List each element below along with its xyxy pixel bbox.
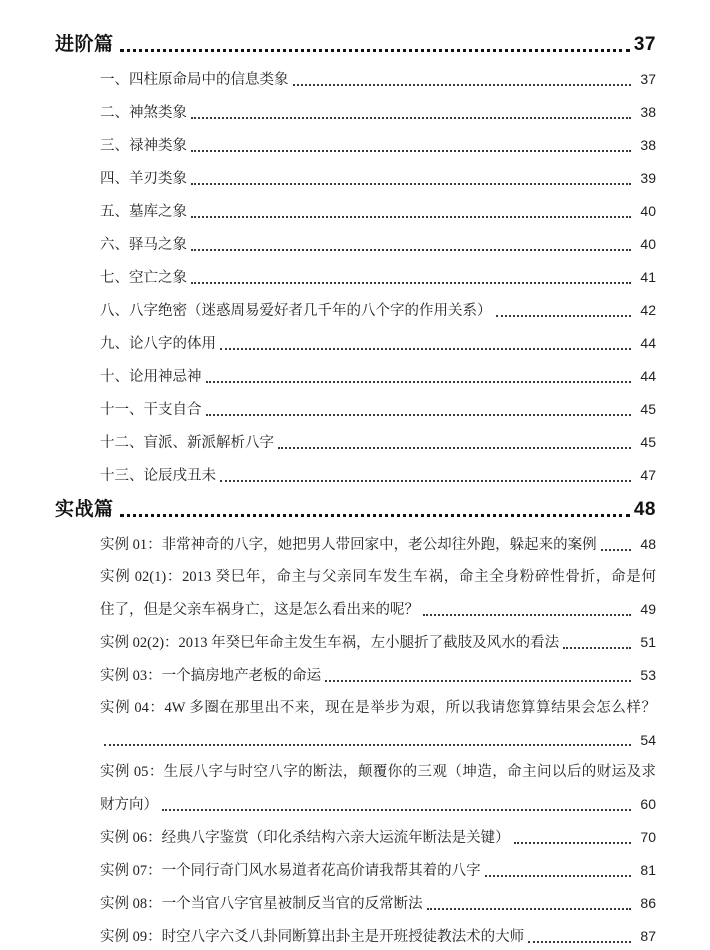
dot-leader	[120, 498, 630, 517]
page-number: 44	[634, 366, 656, 386]
dot-leader	[427, 893, 631, 910]
toc-entry[interactable]: 财方向）60	[100, 794, 656, 815]
toc-entry[interactable]: 实例 04：4W 多圈在那里出不来，现在是举步为艰，所以我请您算算结果会怎么样？	[100, 698, 656, 718]
toc-entry-text: 四、羊刃类象	[100, 169, 187, 189]
page-number: 37	[634, 69, 656, 89]
page-number: 37	[634, 33, 656, 57]
dot-leader	[120, 33, 630, 52]
toc-entry-text: 实例 02(1)：2013 癸巳年，命主与父亲同车发生车祸，命主全身粉碎性骨折，…	[100, 567, 656, 587]
toc-entry-text: 实例 05：生辰八字与时空八字的断法，颠覆你的三观（坤造，命主问以后的财运及求	[100, 762, 656, 782]
toc-entry[interactable]: 八、八字绝密（迷惑周易爱好者几千年的八个字的作用关系）42	[100, 300, 656, 321]
toc-entry-text: 实例 04：4W 多圈在那里出不来，现在是举步为艰，所以我请您算算结果会怎么样？	[100, 698, 656, 718]
dot-leader	[278, 432, 631, 449]
page-number: 47	[634, 465, 656, 485]
page-number: 44	[634, 333, 656, 353]
toc-entry[interactable]: 实例 06：经典八字鉴赏（印化杀结构六亲大运流年断法是关键）70	[100, 827, 656, 848]
toc-entry[interactable]: 实例 05：生辰八字与时空八字的断法，颠覆你的三观（坤造，命主问以后的财运及求	[100, 762, 656, 782]
toc-entry[interactable]: 九、论八字的体用44	[100, 333, 656, 354]
toc-entry-text: 十、论用神忌神	[100, 367, 202, 387]
toc-entry-text: 住了，但是父亲车祸身亡，这是怎么看出来的呢？	[100, 600, 419, 620]
dot-leader	[191, 168, 631, 185]
page-number: 60	[634, 794, 656, 814]
toc-entry[interactable]: 十三、论辰戌丑未47	[100, 465, 656, 486]
page-number: 42	[634, 300, 656, 320]
toc-entry[interactable]: 五、墓库之象40	[100, 201, 656, 222]
dot-leader	[191, 201, 631, 218]
toc-entry-text: 三、禄神类象	[100, 136, 187, 156]
dot-leader	[206, 366, 632, 383]
page-number: 51	[634, 632, 656, 652]
dot-leader	[601, 534, 631, 551]
page-number: 86	[634, 893, 656, 913]
page-number: 38	[634, 102, 656, 122]
toc-heading-text: 实战篇	[55, 498, 114, 522]
toc-entry-text: 财方向）	[100, 795, 158, 815]
page-number: 40	[634, 234, 656, 254]
toc-entry[interactable]: 实例 02(1)：2013 癸巳年，命主与父亲同车发生车祸，命主全身粉碎性骨折，…	[100, 567, 656, 587]
toc-entry-text: 实例 08：一个当官八字官星被制反当官的反常断法	[100, 894, 423, 914]
toc-entry[interactable]: 七、空亡之象41	[100, 267, 656, 288]
dot-leader	[220, 333, 631, 350]
page-number: 87	[634, 926, 656, 946]
dot-leader	[104, 730, 631, 746]
dot-leader	[293, 69, 632, 86]
toc-heading[interactable]: 进阶篇37	[55, 33, 656, 57]
dot-leader	[206, 399, 632, 416]
toc-entry-text: 十一、干支自合	[100, 400, 202, 420]
toc-entry[interactable]: 实例 08：一个当官八字官星被制反当官的反常断法86	[100, 893, 656, 914]
toc-entry-text: 实例 06：经典八字鉴赏（印化杀结构六亲大运流年断法是关键）	[100, 828, 510, 848]
dot-leader	[563, 632, 631, 649]
toc-entry[interactable]: 十、论用神忌神44	[100, 366, 656, 387]
dot-leader	[220, 465, 631, 482]
toc-entry-text: 实例 07：一个同行奇门风水易道者花高价请我帮其着的八字	[100, 861, 481, 881]
page-number: 45	[634, 432, 656, 452]
toc-entry-text: 实例 02(2)：2013 年癸巳年命主发生车祸，左小腿折了截肢及风水的看法	[100, 633, 559, 653]
dot-leader	[514, 827, 631, 844]
toc-entry[interactable]: 四、羊刃类象39	[100, 168, 656, 189]
toc-entry-text: 二、神煞类象	[100, 103, 187, 123]
toc-entry[interactable]: 十二、盲派、新派解析八字45	[100, 432, 656, 453]
toc-entry[interactable]: 二、神煞类象38	[100, 102, 656, 123]
dot-leader	[528, 926, 631, 943]
toc-entry-text: 一、四柱原命局中的信息类象	[100, 70, 289, 90]
page-number: 41	[634, 267, 656, 287]
toc-entry[interactable]: 实例 03：一个搞房地产老板的命运53	[100, 665, 656, 686]
toc-entry[interactable]: 实例 07：一个同行奇门风水易道者花高价请我帮其着的八字81	[100, 860, 656, 881]
toc-heading[interactable]: 实战篇48	[55, 498, 656, 522]
toc-heading-text: 进阶篇	[55, 33, 114, 57]
dot-leader	[191, 135, 631, 152]
dot-leader	[191, 102, 631, 119]
toc-entry-text: 七、空亡之象	[100, 268, 187, 288]
document-page: 进阶篇37一、四柱原命局中的信息类象37二、神煞类象38三、禄神类象38四、羊刃…	[0, 0, 710, 950]
page-number: 39	[634, 168, 656, 188]
toc-entry-text: 九、论八字的体用	[100, 334, 216, 354]
toc-entry-text: 实例 09：时空八字六爻八卦同断算出卦主是开班授徒教法术的大师	[100, 927, 524, 947]
toc-entry[interactable]: 一、四柱原命局中的信息类象37	[100, 69, 656, 90]
dot-leader	[496, 300, 632, 317]
dot-leader	[423, 599, 631, 616]
page-number: 45	[634, 399, 656, 419]
toc-entry[interactable]: 六、驿马之象40	[100, 234, 656, 255]
toc-list: 进阶篇37一、四柱原命局中的信息类象37二、神煞类象38三、禄神类象38四、羊刃…	[55, 33, 656, 947]
page-number: 48	[634, 498, 656, 522]
dot-leader	[191, 267, 631, 284]
toc-entry[interactable]: 实例 01：非常神奇的八字，她把男人带回家中，老公却往外跑，躲起来的案例48	[100, 534, 656, 555]
page-number: 54	[634, 730, 656, 750]
page-number: 40	[634, 201, 656, 221]
page-number: 53	[634, 665, 656, 685]
toc-entry-text: 六、驿马之象	[100, 235, 187, 255]
toc-entry-text: 五、墓库之象	[100, 202, 187, 222]
toc-entry[interactable]: 住了，但是父亲车祸身亡，这是怎么看出来的呢？49	[100, 599, 656, 620]
toc-entry[interactable]: 54	[100, 730, 656, 750]
toc-entry[interactable]: 实例 02(2)：2013 年癸巳年命主发生车祸，左小腿折了截肢及风水的看法51	[100, 632, 656, 653]
dot-leader	[191, 234, 631, 251]
dot-leader	[325, 665, 631, 682]
page-number: 81	[634, 860, 656, 880]
toc-entry-text: 十三、论辰戌丑未	[100, 466, 216, 486]
toc-entry[interactable]: 实例 09：时空八字六爻八卦同断算出卦主是开班授徒教法术的大师87	[100, 926, 656, 947]
toc-entry-text: 实例 03：一个搞房地产老板的命运	[100, 666, 321, 686]
page-number: 38	[634, 135, 656, 155]
page-number: 49	[634, 599, 656, 619]
dot-leader	[485, 860, 631, 877]
toc-entry-text: 实例 01：非常神奇的八字，她把男人带回家中，老公却往外跑，躲起来的案例	[100, 535, 597, 555]
page-number: 70	[634, 827, 656, 847]
dot-leader	[162, 794, 631, 811]
page-number: 48	[634, 534, 656, 554]
toc-entry-text: 八、八字绝密（迷惑周易爱好者几千年的八个字的作用关系）	[100, 301, 492, 321]
toc-entry[interactable]: 十一、干支自合45	[100, 399, 656, 420]
toc-entry[interactable]: 三、禄神类象38	[100, 135, 656, 156]
toc-entry-text: 十二、盲派、新派解析八字	[100, 433, 274, 453]
